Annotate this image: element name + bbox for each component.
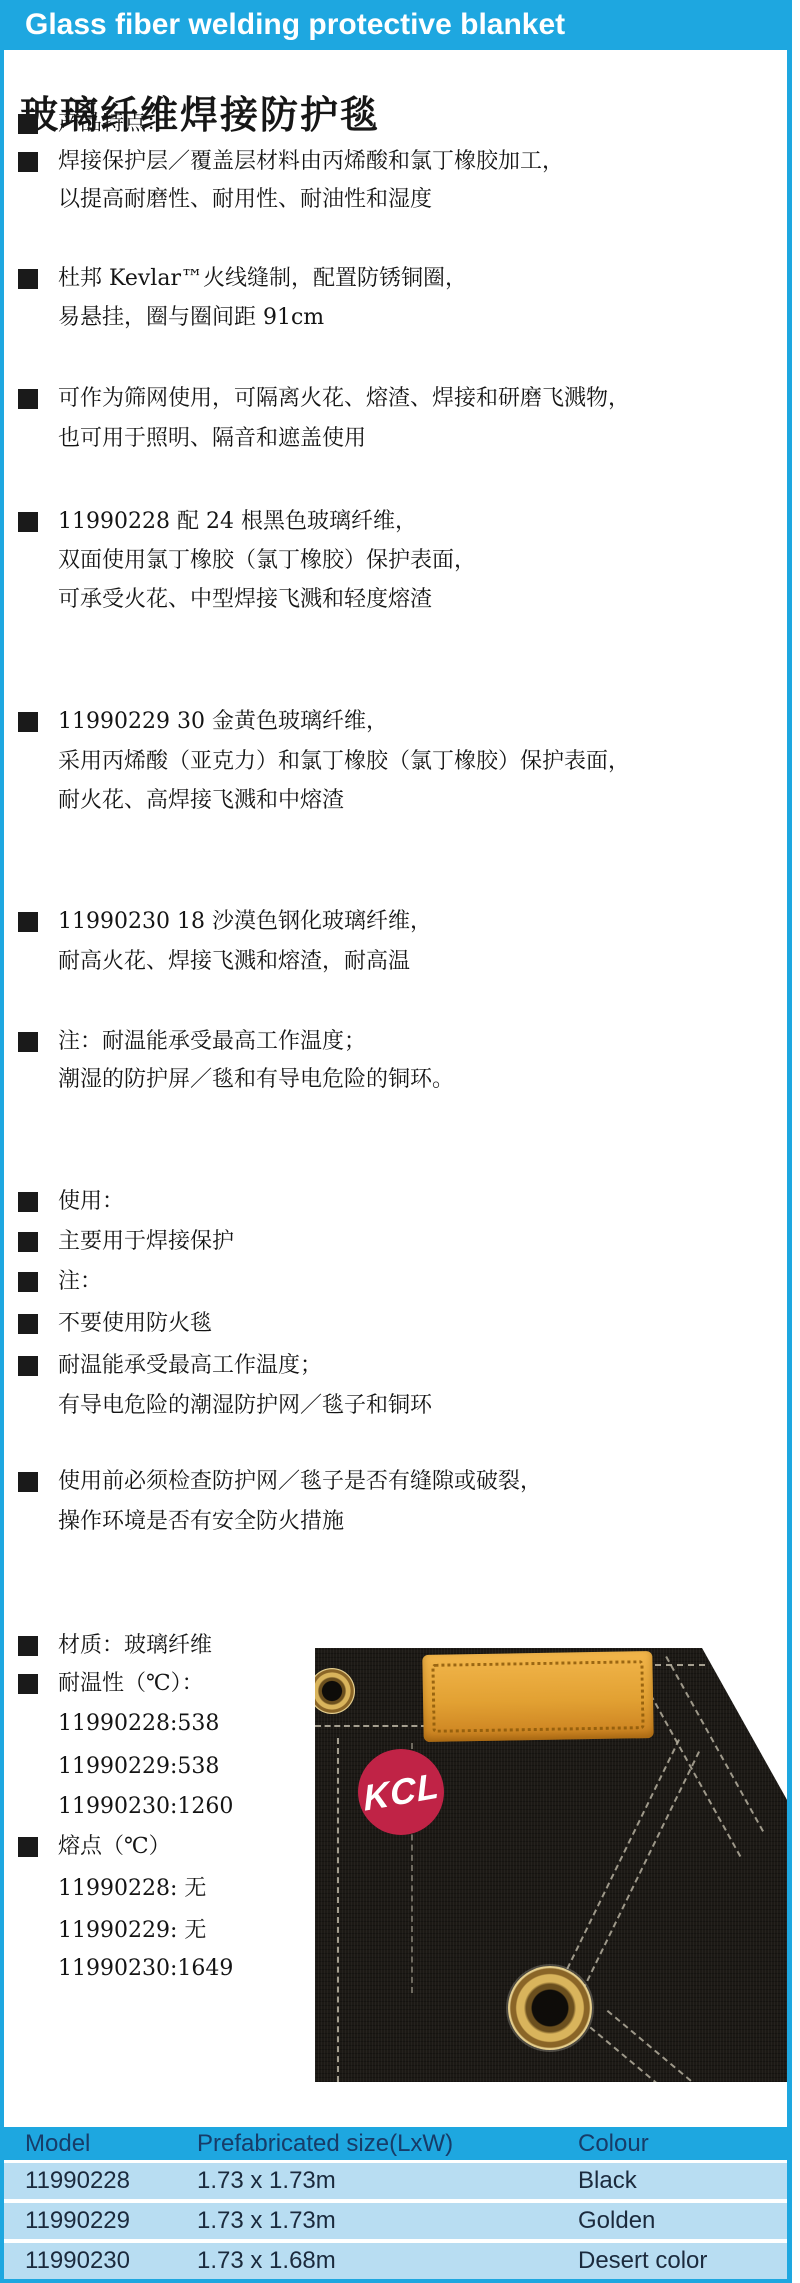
bullet-square-icon [18,1032,38,1052]
feature-line: 焊接保护层／覆盖层材料由丙烯酸和氯丁橡胶加工， [58,148,564,176]
feature-text: 11990229: 无 [58,1918,206,1943]
feature-text: 易悬挂，圈与圈间距 91cm [58,305,324,330]
bullet-square-icon [18,152,38,172]
feature-text: 耐温能承受最高工作温度； [58,1353,322,1378]
stitch-line [655,1664,705,1666]
feature-line: 采用丙烯酸（亚克力）和氯丁橡胶（氯丁橡胶）保护表面， [58,748,630,776]
feature-line: 耐火花、高焊接飞溅和中熔渣 [58,787,344,815]
feature-line: 可作为筛网使用，可隔离火花、熔渣、焊接和研磨飞溅物， [58,385,630,413]
brass-grommet-icon [508,1966,592,2050]
feature-line: 有导电危险的潮湿防护网／毯子和铜环 [58,1392,432,1420]
bullet-square-icon [18,912,38,932]
feature-text: 使用前必须检查防护网／毯子是否有缝隙或破裂， [58,1469,542,1494]
feature-line: 11990228: 无 [58,1875,206,1903]
table-header-size: Prefabricated size(LxW) [197,2127,453,2160]
bullet-square-icon [18,1356,38,1376]
feature-line: 以提高耐磨性、耐用性、耐油性和湿度 [58,186,432,214]
bullet-square-icon [18,1472,38,1492]
feature-line: 耐温能承受最高工作温度； [58,1352,322,1380]
bullet-square-icon [18,389,38,409]
feature-line: 使用： [58,1188,124,1216]
bullet-square-icon [18,1674,38,1694]
feature-text: 11990228: 无 [58,1876,206,1901]
stitch-line [315,1725,427,1727]
feature-line: 产品特点： [58,110,168,138]
table-row: 11990230 1.73 x 1.68m Desert color [4,2243,787,2279]
feature-text: 11990228 配 24 根黑色玻璃纤维， [58,509,417,534]
feature-text: 产品特点： [58,111,168,136]
feature-text: 采用丙烯酸（亚克力）和氯丁橡胶（氯丁橡胶）保护表面， [58,749,630,774]
bullet-square-icon [18,1232,38,1252]
feature-text: 11990229 30 金黄色玻璃纤维， [58,709,388,734]
feature-line: 11990229 30 金黄色玻璃纤维， [58,708,388,736]
cell-size: 1.73 x 1.73m [197,2203,336,2239]
feature-text: 杜邦 Kevlar™火线缝制，配置防锈铜圈， [58,266,467,291]
feature-text: 注：耐温能承受最高工作温度； [58,1029,366,1054]
feature-line: 11990228 配 24 根黑色玻璃纤维， [58,508,417,536]
bullet-square-icon [18,1636,38,1656]
feature-line: 熔点（℃） [58,1833,171,1861]
feature-line: 耐高火花、焊接飞溅和熔渣，耐高温 [58,948,410,976]
feature-text: 双面使用氯丁橡胶（氯丁橡胶）保护表面， [58,548,476,573]
cell-model: 11990230 [25,2243,130,2279]
feature-text: 使用： [58,1189,124,1214]
feature-line: 11990230 18 沙漠色钢化玻璃纤维， [58,908,432,936]
feature-text: 主要用于焊接保护 [58,1229,234,1254]
feature-line: 11990228:538 [58,1710,219,1738]
table-header-colour: Colour [578,2127,649,2160]
feature-line: 11990230:1260 [58,1793,233,1821]
feature-line: 也可用于照明、隔音和遮盖使用 [58,425,366,453]
feature-text: 熔点（℃） [58,1834,171,1859]
feature-line: 主要用于焊接保护 [58,1228,234,1256]
cell-model: 11990229 [25,2203,130,2239]
bullet-square-icon [18,1837,38,1857]
feature-text: 11990229:538 [58,1754,219,1779]
feature-text: 操作环境是否有安全防火措施 [58,1509,344,1534]
feature-line: 11990229: 无 [58,1917,206,1945]
cell-colour: Desert color [578,2243,707,2279]
table-body: 11990228 1.73 x 1.73m Black 11990229 1.7… [4,2163,787,2283]
bullet-square-icon [18,1272,38,1292]
feature-text: 以提高耐磨性、耐用性、耐油性和湿度 [58,187,432,212]
leather-hanging-strap [422,1651,653,1742]
feature-line: 11990229:538 [58,1753,219,1781]
feature-line: 使用前必须检查防护网／毯子是否有缝隙或破裂， [58,1468,542,1496]
feature-line: 11990230:1649 [58,1955,233,1983]
table-row: 11990228 1.73 x 1.73m Black [4,2163,787,2199]
table-header-row: Model Prefabricated size(LxW) Colour [4,2127,787,2160]
feature-text: 不要使用防火毯 [58,1311,212,1336]
bullet-square-icon [18,712,38,732]
feature-text: 耐火花、高焊接飞溅和中熔渣 [58,788,344,813]
bullet-square-icon [18,114,38,134]
table-header-model: Model [25,2127,90,2160]
feature-line: 潮湿的防护屏／毯和有导电危险的铜环。 [58,1066,454,1094]
feature-text: 也可用于照明、隔音和遮盖使用 [58,426,366,451]
feature-line: 注：耐温能承受最高工作温度； [58,1028,366,1056]
feature-text: 有导电危险的潮湿防护网／毯子和铜环 [58,1393,432,1418]
table-row: 11990229 1.73 x 1.73m Golden [4,2203,787,2239]
feature-text: 耐高火花、焊接飞溅和熔渣，耐高温 [58,949,410,974]
feature-line: 可承受火花、中型焊接飞溅和轻度熔渣 [58,586,432,614]
bullet-square-icon [18,269,38,289]
feature-text: 材质：玻璃纤维 [58,1633,212,1658]
cell-size: 1.73 x 1.68m [197,2243,336,2279]
kcl-logo: KCL [358,1749,444,1835]
bullet-square-icon [18,512,38,532]
feature-text: 潮湿的防护屏／毯和有导电危险的铜环。 [58,1067,454,1092]
cell-model: 11990228 [25,2163,130,2199]
feature-line: 注： [58,1268,102,1296]
feature-text: 11990230 18 沙漠色钢化玻璃纤维， [58,909,432,934]
cell-size: 1.73 x 1.73m [197,2163,336,2199]
feature-line: 材质：玻璃纤维 [58,1632,212,1660]
feature-text: 耐温性（℃）： [58,1671,204,1696]
cell-colour: Black [578,2163,637,2199]
feature-text: 焊接保护层／覆盖层材料由丙烯酸和氯丁橡胶加工， [58,149,564,174]
feature-line: 易悬挂，圈与圈间距 91cm [58,304,324,332]
feature-line: 耐温性（℃）： [58,1670,204,1698]
feature-text: 注： [58,1269,102,1294]
feature-text: 11990230:1260 [58,1794,233,1819]
feature-line: 操作环境是否有安全防火措施 [58,1508,344,1536]
feature-text: 11990228:538 [58,1711,219,1736]
feature-text: 可作为筛网使用，可隔离火花、熔渣、焊接和研磨飞溅物， [58,386,630,411]
catalog-page: Glass fiber welding protective blanket 玻… [0,0,800,2283]
feature-text: 11990230:1649 [58,1956,233,1981]
feature-line: 杜邦 Kevlar™火线缝制，配置防锈铜圈， [58,265,467,293]
stitch-line [337,1738,339,2082]
feature-text: 可承受火花、中型焊接飞溅和轻度熔渣 [58,587,432,612]
product-photo: KCL [315,1648,787,2082]
feature-line: 双面使用氯丁橡胶（氯丁橡胶）保护表面， [58,547,476,575]
bullet-square-icon [18,1314,38,1334]
kcl-logo-text: KCL [362,1764,441,1819]
feature-line: 不要使用防火毯 [58,1310,212,1338]
bullet-square-icon [18,1192,38,1212]
cell-colour: Golden [578,2203,655,2239]
